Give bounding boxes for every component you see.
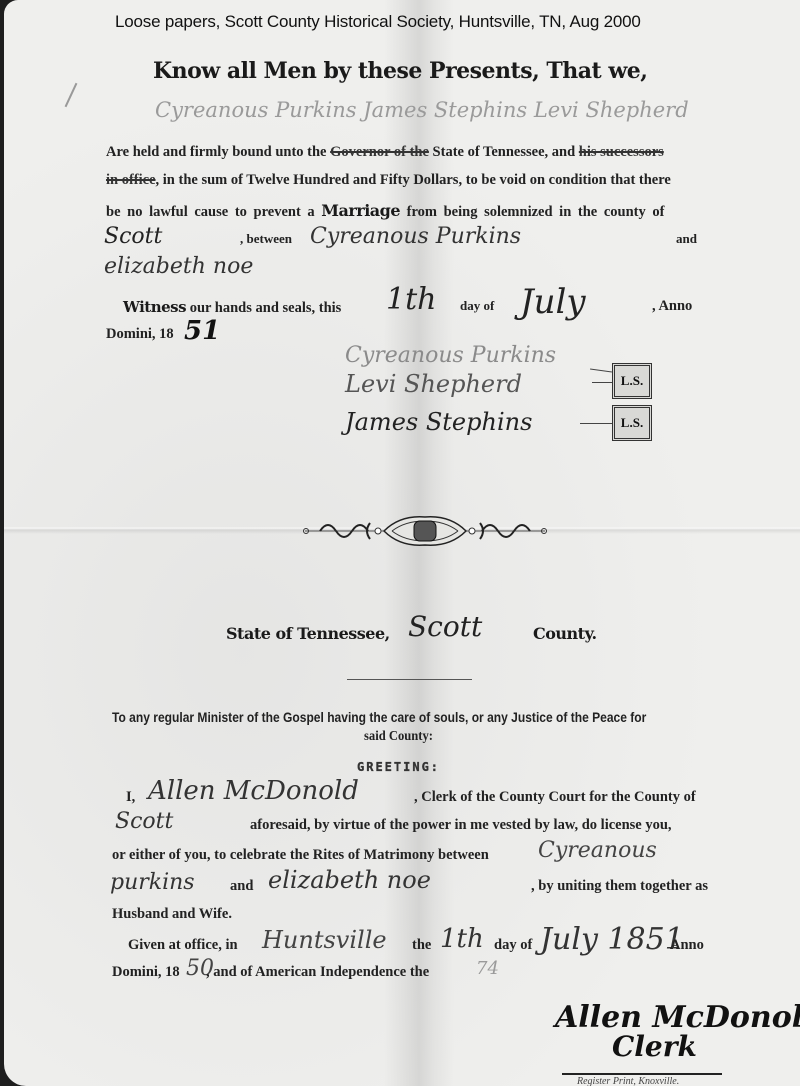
signature-purkins: Cyreanous Purkins [345, 343, 556, 368]
text: from being solemnized in the county of [407, 204, 665, 220]
and-label-2: and [230, 878, 253, 895]
and-label: and [676, 231, 697, 247]
i-label: I, [126, 789, 135, 806]
clerk-signature-title: Clerk [612, 1030, 697, 1063]
license-day-handwritten: 1th [440, 924, 484, 954]
seal-ls-2: L.S. [612, 405, 652, 441]
address-line-1: To any regular Minister of the Gospel ha… [112, 709, 646, 725]
text: our hands and seals, this [190, 300, 342, 316]
witness-line: Witness our hands and seals, this [123, 298, 341, 317]
bond-bride-handwritten: elizabeth noe [104, 254, 253, 279]
license-county-handwritten: Scott [408, 610, 482, 643]
day-of-label: day of [460, 298, 494, 314]
obligors-handwritten: Cyreanous Purkins James Stephins Levi Sh… [155, 98, 689, 122]
bond-day-handwritten: 1th [386, 282, 436, 317]
text: Are held and firmly bound unto the [106, 144, 327, 160]
license-month-handwritten: July 1851 [540, 922, 684, 957]
ornament-divider-icon [300, 513, 550, 549]
county-label: County. [533, 624, 597, 643]
text: and [552, 144, 575, 160]
anno-label-2: Anno [670, 937, 704, 954]
text: , in the sum of Twelve Hundred and Fifty… [156, 172, 671, 188]
witness-word: Witness [123, 298, 186, 316]
independence-handwritten: 74 [476, 958, 499, 979]
license-bride-handwritten: elizabeth noe [268, 866, 431, 894]
signature-stephins: James Stephins [345, 408, 532, 436]
marriage-word: Marriage [321, 201, 400, 220]
bond-county-handwritten: Scott [104, 224, 162, 249]
given-label: Given at office, in [128, 937, 238, 954]
independence-text: , and of American Independence the [206, 964, 429, 981]
greeting-heading: GREETING: [357, 760, 440, 774]
uniting-text: , by uniting them together as [531, 878, 708, 895]
license-groom-first-handwritten: Cyreanous [538, 838, 657, 863]
divider-rule [347, 679, 472, 680]
address-line-2: said County: [364, 729, 433, 745]
text: State of Tennessee, [433, 144, 549, 160]
between-label: , between [240, 231, 292, 247]
domini-label: Domini, 18 [106, 326, 174, 343]
the-label: the [412, 937, 431, 954]
signature-rule [562, 1073, 722, 1075]
clerk-text: , Clerk of the County Court for the Coun… [414, 789, 696, 806]
bond-line-1: Are held and firmly bound unto the Gover… [106, 144, 664, 161]
husband-wife-text: Husband and Wife. [112, 906, 232, 923]
bond-heading: Know all Men by these Presents, That we, [153, 58, 647, 84]
bond-line-3: be no lawful cause to prevent a Marriage… [106, 201, 664, 221]
seal-ls-1: L.S. [612, 363, 652, 399]
bond-year-handwritten: 51 [184, 316, 220, 346]
struck-text: his successors [579, 144, 664, 160]
bond-line-2: in office, in the sum of Twelve Hundred … [106, 172, 671, 189]
struck-text: Governor of the [330, 144, 429, 160]
license-county2-handwritten: Scott [115, 809, 173, 834]
seal-connector [592, 382, 614, 383]
day-of-label-2: day of [494, 937, 532, 954]
domini-label-2: Domini, 18 [112, 964, 180, 981]
state-label: State of Tennessee, [226, 624, 390, 643]
seal-connector [580, 423, 612, 424]
aforesaid-text: aforesaid, by virtue of the power in me … [250, 817, 672, 834]
signature-shepherd: Levi Shepherd [345, 370, 522, 398]
printer-imprint: Register Print, Knoxville. [577, 1076, 679, 1086]
bond-month-handwritten: July [520, 282, 586, 322]
struck-text: in office [106, 172, 156, 188]
anno-label: , Anno [652, 298, 692, 315]
place-handwritten: Huntsville [262, 926, 387, 954]
archive-caption: Loose papers, Scott County Historical So… [115, 12, 641, 32]
rites-text: or either of you, to celebrate the Rites… [112, 847, 489, 864]
text: be no lawful cause to prevent a [106, 204, 315, 220]
license-groom-last-handwritten: purkins [110, 870, 195, 895]
clerk-name-handwritten: Allen McDonold [148, 776, 359, 806]
bond-groom-handwritten: Cyreanous Purkins [310, 224, 521, 249]
